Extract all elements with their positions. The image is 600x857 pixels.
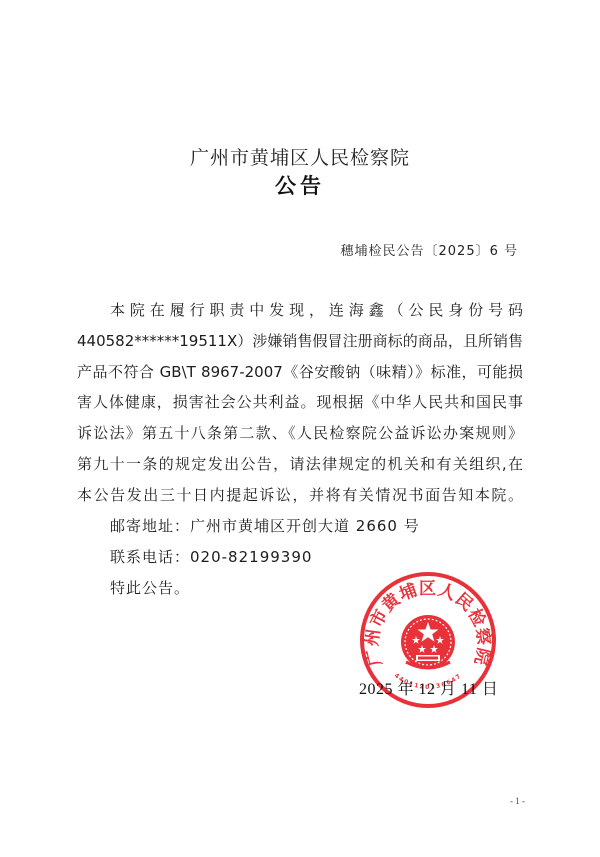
body-line: 产品不符合 GB\T 8967-2007《谷安酸钠（味精）》标准，可能损 bbox=[77, 361, 523, 383]
organization-title: 广州市黄埔区人民检察院 bbox=[0, 143, 600, 170]
page-number: - 1 - bbox=[510, 796, 525, 806]
document-number: 穗埔检民公告〔2025〕6 号 bbox=[341, 240, 519, 259]
body-line: 本院在履行职责中发现，连海鑫（公民身份号码 bbox=[110, 299, 523, 321]
closing-remark: 特此公告。 bbox=[110, 577, 190, 599]
address-label: 邮寄地址： bbox=[110, 517, 190, 535]
contact-phone: 联系电话：020-82199390 bbox=[110, 546, 312, 568]
body-line: 害人体健康，损害社会公共利益。现根据《中华人民共和国民事 bbox=[77, 391, 523, 413]
body-line: 440582******19511X）涉嫌销售假冒注册商标的商品，且所销售 bbox=[77, 330, 523, 352]
phone-label: 联系电话： bbox=[110, 548, 190, 566]
body-line: 本公告发出三十日内提起诉讼，并将有关情况书面告知本院。 bbox=[77, 484, 523, 506]
signature-date: 2025 年 12 月 11 日 bbox=[359, 676, 498, 699]
phone-value: 020-82199390 bbox=[190, 548, 312, 566]
body-line: 第九十一条的规定发出公告，请法律规定的机关和有关组织,在 bbox=[77, 453, 523, 475]
address-value: 广州市黄埔区开创大道 2660 号 bbox=[190, 517, 420, 535]
body-line: 诉讼法》第五十八条第二款、《人民检察院公益诉讼办案规则》 bbox=[77, 422, 523, 444]
document-title: 公告 bbox=[0, 170, 600, 200]
mailing-address: 邮寄地址：广州市黄埔区开创大道 2660 号 bbox=[110, 515, 420, 537]
